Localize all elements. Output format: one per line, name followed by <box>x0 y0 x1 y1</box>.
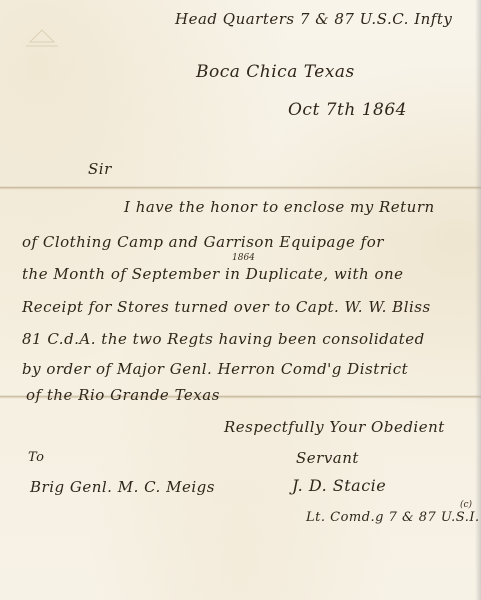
body-line-1: I have the honor to enclose my Return <box>124 198 435 216</box>
salutation: Sir <box>88 160 112 178</box>
addressee: Brig Genl. M. C. Meigs <box>30 478 215 496</box>
heading-date: Oct 7th 1864 <box>288 100 407 120</box>
fold-line-upper <box>0 186 481 190</box>
interlinear-year: 1864 <box>232 253 255 263</box>
signature-title-note: (c) <box>460 500 472 510</box>
body-line-7: of the Rio Grande Texas <box>26 386 220 404</box>
closing-line-1: Respectfully Your Obedient <box>224 418 445 436</box>
body-line-3: the Month of September in Duplicate, wit… <box>22 265 404 283</box>
signature-title: Lt. Comd.g 7 & 87 U.S.I. <box>306 510 480 525</box>
embossed-stamp-icon <box>20 28 64 50</box>
closing-line-2: Servant <box>296 449 359 467</box>
heading-place: Boca Chica Texas <box>196 62 355 82</box>
signature: J. D. Stacie <box>292 476 386 495</box>
addressee-prefix: To <box>28 450 45 465</box>
body-line-4: Receipt for Stores turned over to Capt. … <box>22 298 431 316</box>
body-line-2: of Clothing Camp and Garrison Equipage f… <box>22 233 384 251</box>
body-line-5: 81 C.d.A. the two Regts having been cons… <box>22 330 425 348</box>
heading-headquarters: Head Quarters 7 & 87 U.S.C. Infty <box>175 10 452 28</box>
letter-page: Head Quarters 7 & 87 U.S.C. Infty Boca C… <box>0 0 481 600</box>
body-line-6: by order of Major Genl. Herron Comd'g Di… <box>22 360 408 378</box>
